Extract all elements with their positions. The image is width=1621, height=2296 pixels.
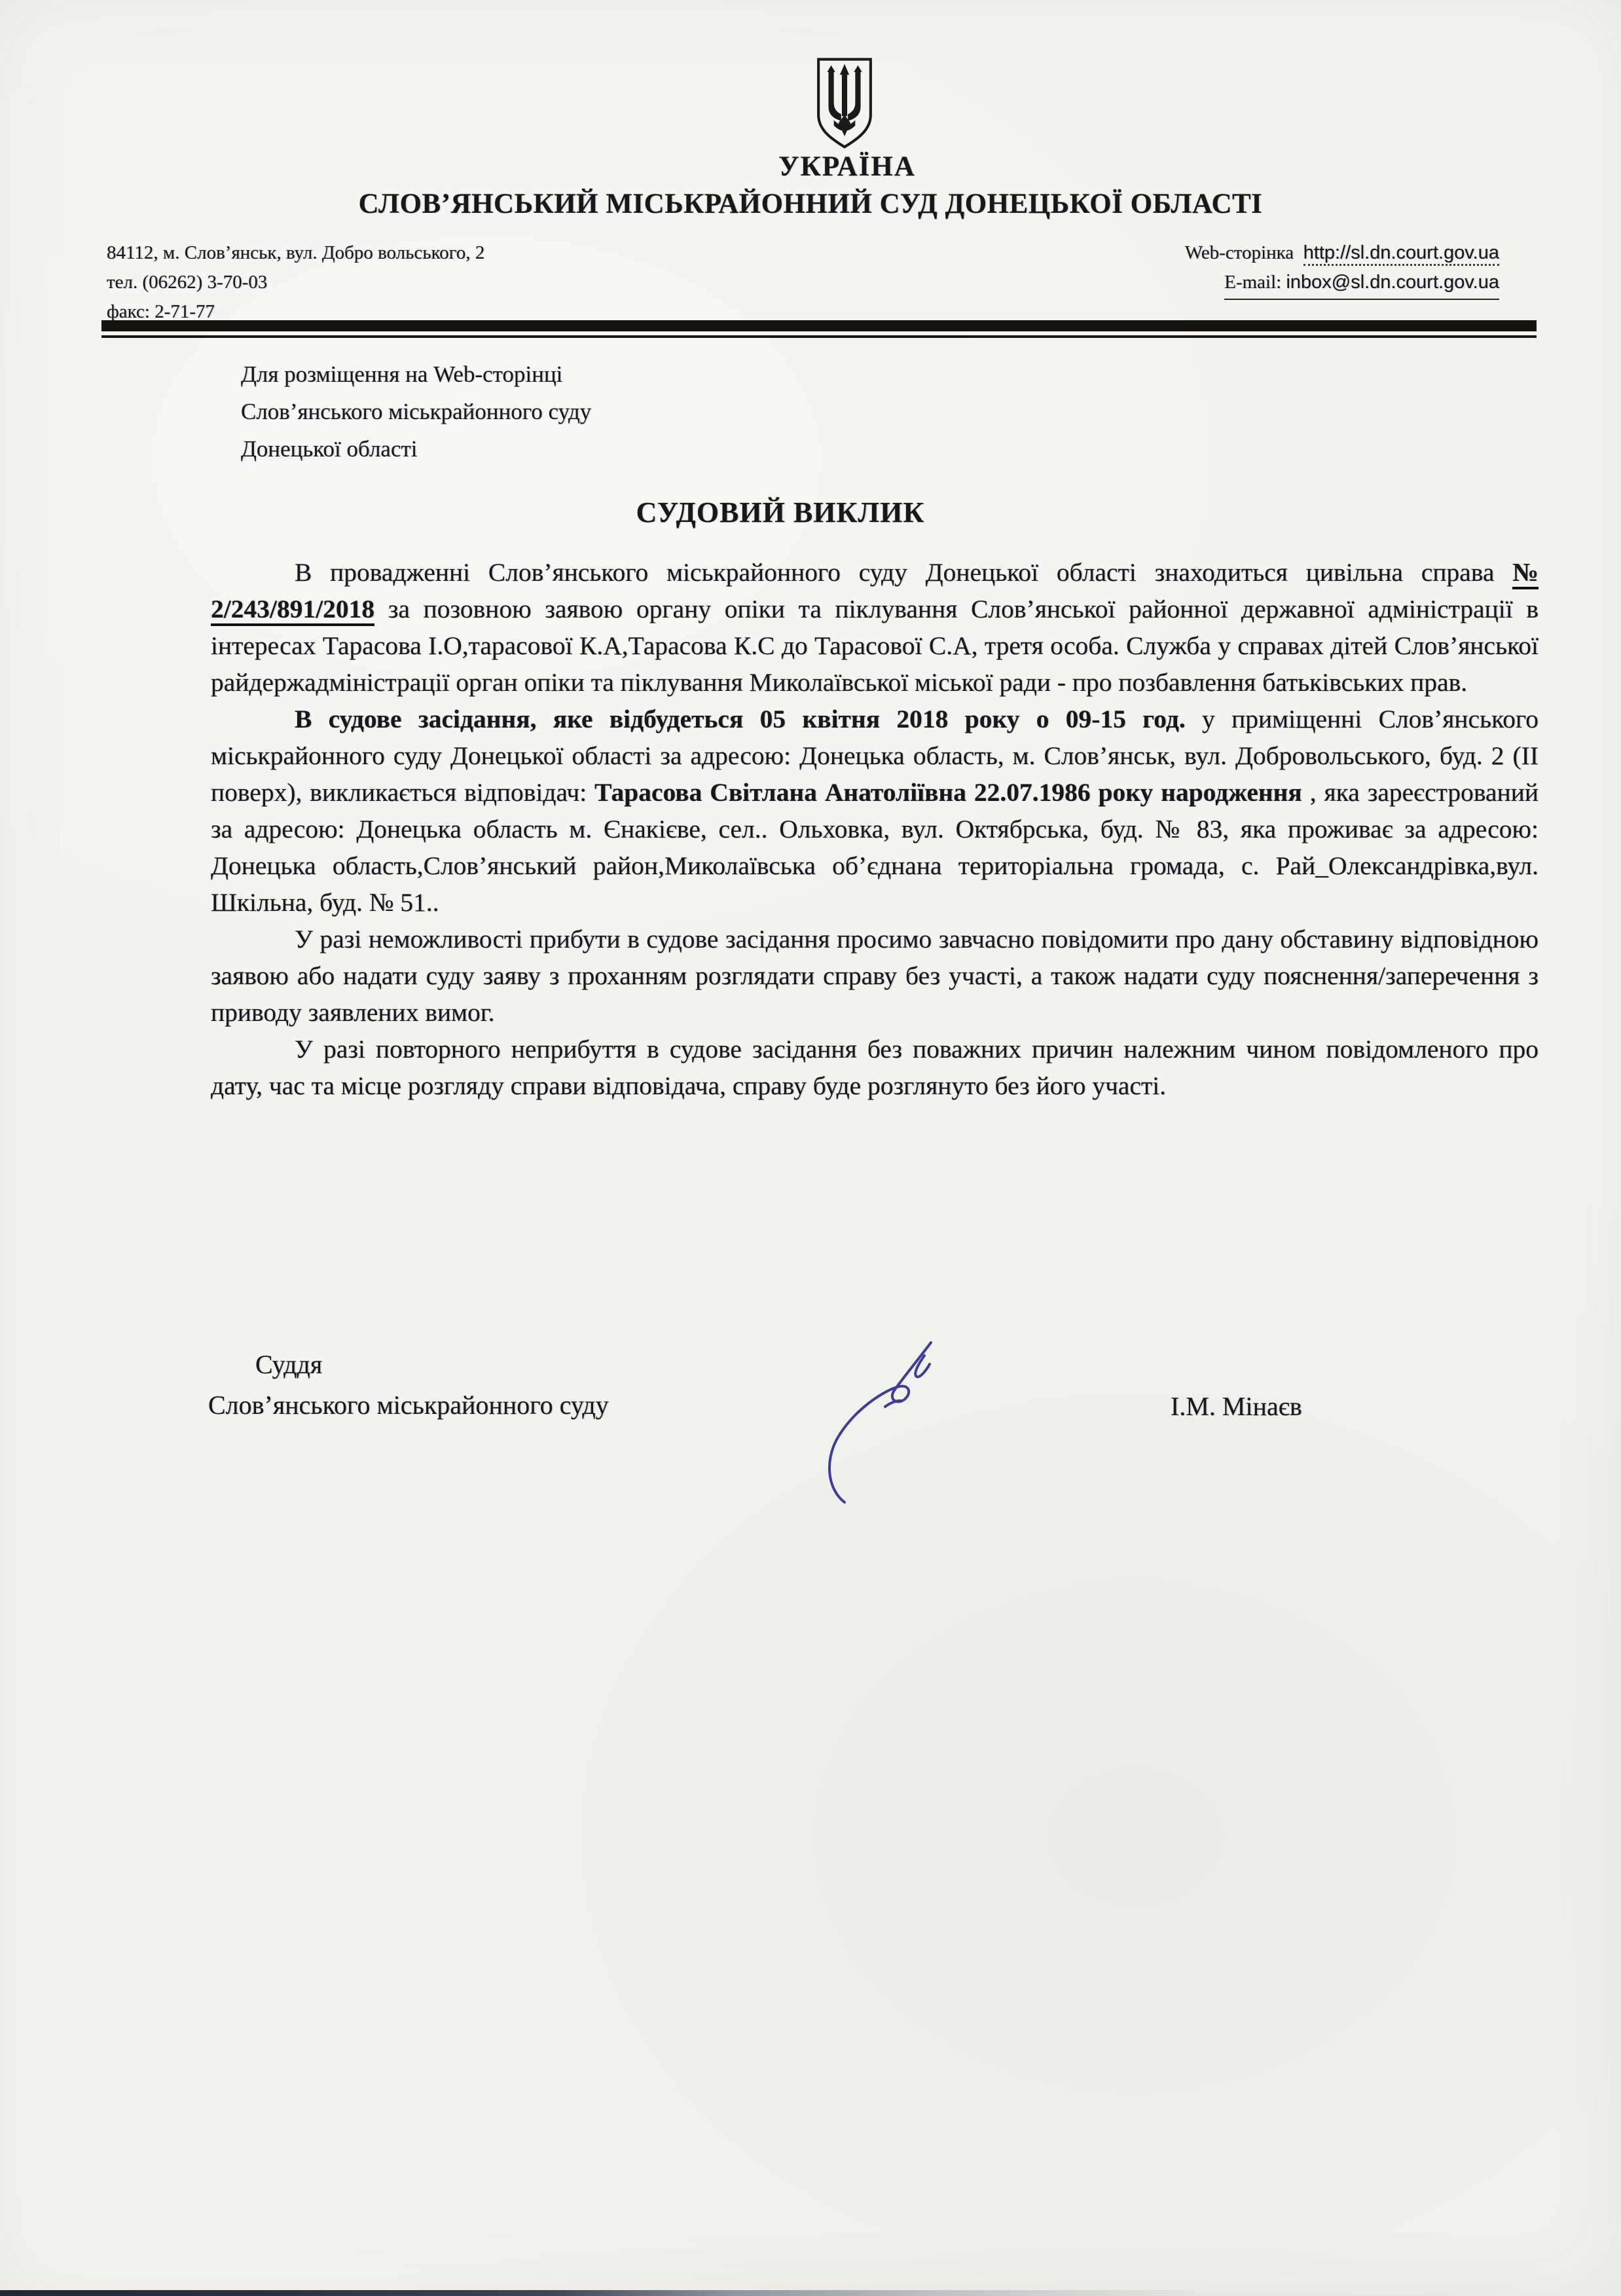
letterhead-divider (101, 320, 1537, 338)
court-web-contacts-block: Web-сторінка http://sl.dn.court.gov.ua E… (1185, 238, 1499, 300)
email-label: E-mail: (1224, 272, 1281, 293)
paragraph-repeated-absence: У разі повторного неприбуття в судове за… (211, 1031, 1539, 1104)
note-line-2: Слов’янського міськрайонного суду (241, 393, 591, 430)
hearing-date-time: В судове засідання, яке відбудеться 05 к… (295, 705, 1186, 733)
ukraine-trident-icon (814, 55, 875, 152)
judge-name: І.М. Мінаєв (1171, 1391, 1302, 1422)
court-address-block: 84112, м. Слов’янськ, вул. Добро вольськ… (107, 238, 484, 327)
email-line: E-mail: inbox@sl.dn.court.gov.ua (1185, 268, 1499, 300)
email-address: inbox@sl.dn.court.gov.ua (1286, 272, 1499, 293)
web-url: http://sl.dn.court.gov.ua (1303, 242, 1499, 266)
paragraph-absence-instructions: У разі неможливості прибути в судове зас… (211, 921, 1539, 1031)
scan-edge-artifact (0, 2290, 1621, 2296)
case-info-post: за позовною заявою органу опіки та піклу… (211, 595, 1539, 697)
signature-role-line-2: Слов’янського міськрайонного суду (208, 1390, 609, 1420)
judge-signature-ink-icon (822, 1327, 960, 1510)
court-name-heading: СЛОВ’ЯНСЬКИЙ МІСЬКРАЙОННИЙ СУД ДОНЕЦЬКОЇ… (0, 188, 1621, 220)
note-line-1: Для розміщення на Web-сторінці (241, 356, 591, 393)
address-line: 84112, м. Слов’янськ, вул. Добро вольськ… (107, 238, 484, 268)
note-line-3: Донецької області (241, 430, 591, 468)
phone-line: тел. (06262) 3-70-03 (107, 268, 484, 297)
paragraph-hearing-info: В судове засідання, яке відбудеться 05 к… (211, 701, 1539, 921)
country-name: УКРАЇНА (37, 151, 1621, 183)
document-title: СУДОВИЙ ВИКЛИК (0, 496, 1591, 529)
case-info-pre: В провадженні Слов’янського міськрайонно… (295, 558, 1512, 587)
signature-role-line-1: Суддя (255, 1349, 322, 1380)
divider-thick-bar (101, 320, 1537, 331)
web-label: Web-сторінка (1185, 242, 1294, 263)
web-line: Web-сторінка http://sl.dn.court.gov.ua (1185, 238, 1499, 268)
divider-thin-line (101, 335, 1537, 338)
paragraph-case-info: В провадженні Слов’янського міськрайонно… (211, 554, 1539, 701)
web-placement-note: Для розміщення на Web-сторінці Слов’янсь… (241, 356, 591, 468)
respondent-name: Тарасова Світлана Анатоліївна 22.07.1986… (594, 778, 1310, 807)
scanned-court-summons-page: УКРАЇНА СЛОВ’ЯНСЬКИЙ МІСЬКРАЙОННИЙ СУД Д… (0, 0, 1621, 2296)
document-body: В провадженні Слов’янського міськрайонно… (211, 554, 1539, 1104)
